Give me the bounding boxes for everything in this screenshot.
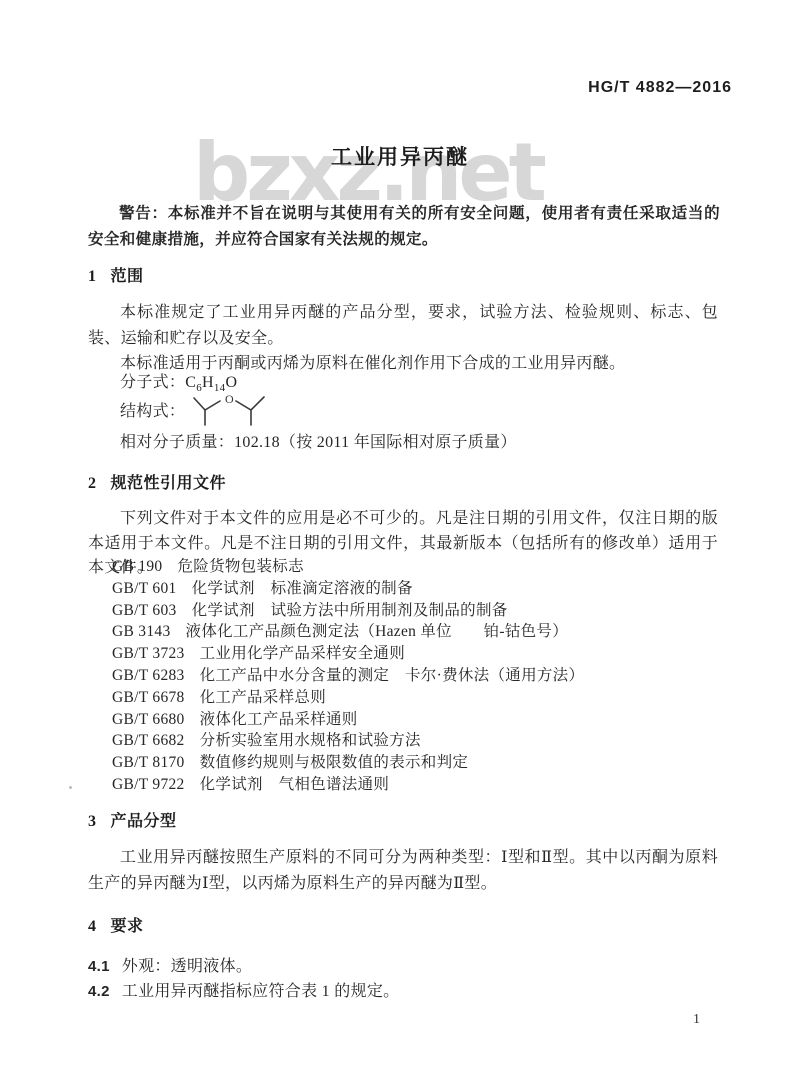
reference-code: GB/T 601 [112,580,177,597]
section-2-heading: 2规范性引用文件 [88,470,226,493]
section-1-title: 范围 [111,268,144,285]
reference-item: GB/T 3723工业用化学产品采样安全通则 [112,643,584,665]
clause-4-2-text: 工业用异丙醚指标应符合表 1 的规定。 [122,983,400,1000]
reference-code: GB/T 6678 [112,689,185,706]
reference-item: GB 190危险货物包装标志 [112,556,584,578]
scan-speck [69,786,72,789]
warning-paragraph: 警告：本标准并不旨在说明与其使用有关的所有安全问题，使用者有责任采取适当的安全和… [88,201,720,253]
document-page: HG/T 4882—2016 bzxz.net 工业用异丙醚 警告：本标准并不旨… [0,0,800,1089]
structural-formula-drawing: O [191,390,267,428]
structural-formula-label: 结构式： [120,398,185,421]
clause-4-2: 4.2工业用异丙醚指标应符合表 1 的规定。 [88,978,399,1001]
reference-item: GB 3143液体化工产品颜色测定法（Hazen 单位 铂-钴色号） [112,621,584,643]
reference-title: 液体化工产品颜色测定法（Hazen 单位 铂-钴色号） [186,623,569,640]
molecular-weight-line: 相对分子质量：102.18（按 2011 年国际相对原子质量） [120,429,517,452]
reference-item: GB/T 8170数值修约规则与极限数值的表示和判定 [112,752,584,774]
reference-item: GB/T 6283化工产品中水分含量的测定 卡尔·费休法（通用方法） [112,665,584,687]
clause-4-1-text: 外观：透明液体。 [122,958,252,975]
clause-4-1: 4.1外观：透明液体。 [88,953,252,976]
clause-4-1-number: 4.1 [88,958,110,975]
document-title: 工业用异丙醚 [0,141,800,171]
page-number: 1 [693,1012,700,1028]
scope-paragraph-1: 本标准规定了工业用异丙醚的产品分型，要求，试验方法、检验规则、标志、包装、运输和… [88,300,718,352]
reference-title: 化学试剂 气相色谱法通则 [200,776,390,793]
reference-item: GB/T 6682分析实验室用水规格和试验方法 [112,730,584,752]
structure-right-arm [236,397,264,410]
clause-4-2-number: 4.2 [88,983,110,1000]
reference-title: 化工产品中水分含量的测定 卡尔·费休法（通用方法） [200,667,585,684]
reference-code: GB/T 6680 [112,711,185,728]
reference-item: GB/T 6678化工产品采样总则 [112,687,584,709]
reference-code: GB/T 8170 [112,754,185,771]
molecular-formula-label: 分子式： [120,374,185,391]
product-types-paragraph: 工业用异丙醚按照生产原料的不同可分为两种类型：Ⅰ型和Ⅱ型。其中以丙酮为原料生产的… [88,845,718,897]
section-3-heading: 3产品分型 [88,808,177,831]
section-2-number: 2 [88,475,97,492]
section-4-number: 4 [88,918,97,935]
reference-item: GB/T 9722化学试剂 气相色谱法通则 [112,774,584,796]
reference-code: GB/T 6682 [112,732,185,749]
section-4-title: 要求 [111,918,144,935]
section-1-heading: 1范围 [88,263,144,286]
reference-title: 化学试剂 试验方法中所用制剂及制品的制备 [192,602,508,619]
section-3-number: 3 [88,813,97,830]
structure-oxygen-label: O [225,392,234,406]
reference-code: GB/T 6283 [112,667,185,684]
reference-title: 分析实验室用水规格和试验方法 [200,732,421,749]
reference-title: 数值修约规则与极限数值的表示和判定 [200,754,469,771]
section-3-title: 产品分型 [111,813,177,830]
reference-item: GB/T 601化学试剂 标准滴定溶液的制备 [112,578,584,600]
reference-code: GB/T 603 [112,602,177,619]
normative-references-list: GB 190危险货物包装标志 GB/T 601化学试剂 标准滴定溶液的制备 GB… [112,556,584,796]
reference-code: GB/T 3723 [112,645,185,662]
reference-title: 化学试剂 标准滴定溶液的制备 [192,580,413,597]
reference-code: GB 3143 [112,623,171,640]
standard-number: HG/T 4882—2016 [588,79,732,97]
reference-title: 工业用化学产品采样安全通则 [200,645,405,662]
reference-title: 危险货物包装标志 [177,558,303,575]
reference-code: GB 190 [112,558,162,575]
reference-item: GB/T 6680液体化工产品采样通则 [112,709,584,731]
formula-c: C [185,374,196,391]
section-2-title: 规范性引用文件 [111,475,227,492]
section-1-number: 1 [88,268,97,285]
reference-title: 化工产品采样总则 [200,689,326,706]
formula-h: H [202,374,214,391]
reference-title: 液体化工产品采样通则 [200,711,358,728]
structural-formula-line: 结构式： O [120,390,267,428]
section-4-heading: 4要求 [88,913,144,936]
formula-o: O [225,374,237,391]
reference-code: GB/T 9722 [112,776,185,793]
structure-left-arm [194,398,220,410]
reference-item: GB/T 603化学试剂 试验方法中所用制剂及制品的制备 [112,600,584,622]
